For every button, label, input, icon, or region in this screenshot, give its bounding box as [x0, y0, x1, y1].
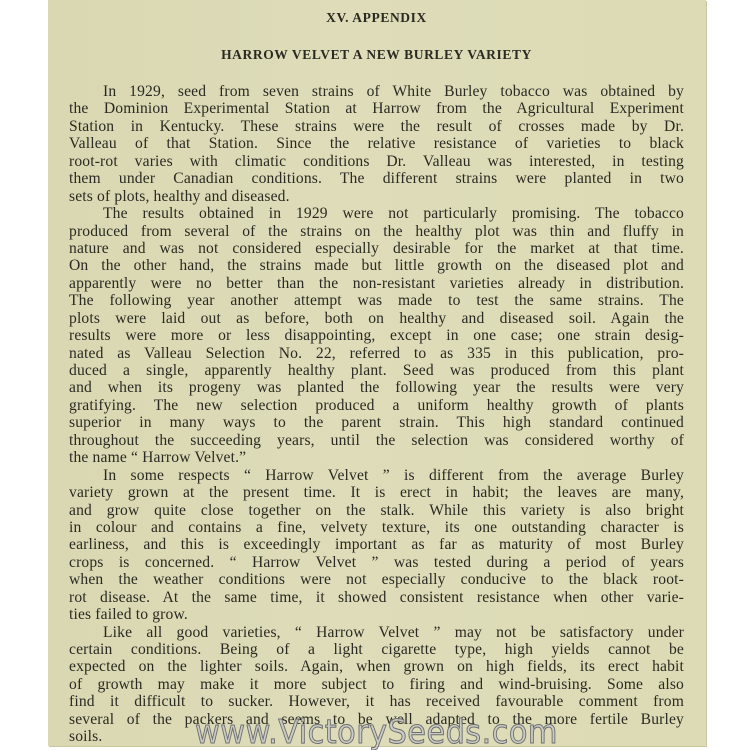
scanned-page: XV. APPENDIX HARROW VELVET A NEW BURLEY …: [48, 0, 706, 746]
text-line: of growth may make it more subject to fi…: [69, 676, 684, 693]
text-line: rot disease. At the same time, it showed…: [69, 589, 684, 606]
text-line: them under Canadian conditions. The diff…: [69, 170, 684, 187]
watermark-text: www.VictorySeeds.com: [195, 712, 558, 750]
text-line: certain conditions. Being of a light cig…: [69, 641, 684, 658]
text-line: earliness, and this is exceedingly impor…: [69, 536, 684, 553]
text-line: Valleau of that Station. Since the relat…: [69, 135, 684, 152]
paragraph: In 1929, seed from seven strains of Whit…: [69, 83, 684, 205]
text-line: root-rot varies with climatic conditions…: [69, 153, 684, 170]
text-line: plots were laid out as before, both on h…: [69, 310, 684, 327]
text-line: when the weather conditions were not esp…: [69, 571, 684, 588]
text-line: sets of plots, healthy and diseased.: [69, 188, 684, 205]
text-line: and when its progeny was planted the fol…: [69, 379, 684, 396]
text-line: produced from several of the strains on …: [69, 223, 684, 240]
text-line: nated as Valleau Selection No. 22, refer…: [69, 345, 684, 362]
paragraph: The results obtained in 1929 were not pa…: [69, 205, 684, 467]
paragraph: In some respects “ Harrow Velvet ” is di…: [69, 467, 684, 624]
text-line: The results obtained in 1929 were not pa…: [69, 205, 684, 222]
text-line: Station in Kentucky. These strains were …: [69, 118, 684, 135]
text-line: The following year another attempt was m…: [69, 292, 684, 309]
chapter-heading: XV. APPENDIX: [69, 10, 684, 32]
text-line: ties failed to grow.: [69, 606, 684, 623]
text-line: expected on the lighter soils. Again, wh…: [69, 658, 684, 675]
text-line: in colour and contains a fine, velvety t…: [69, 519, 684, 536]
text-line: gratifying. The new selection produced a…: [69, 397, 684, 414]
text-line: apparently were no better than the non-r…: [69, 275, 684, 292]
text-line: On the other hand, the strains made but …: [69, 257, 684, 274]
text-line: variety grown at the present time. It is…: [69, 484, 684, 501]
article-title: HARROW VELVET A NEW BURLEY VARIETY: [69, 47, 684, 71]
text-line: find it difficult to sucker. However, it…: [69, 693, 684, 710]
text-line: and grow quite close together on the sta…: [69, 502, 684, 519]
page-content: XV. APPENDIX HARROW VELVET A NEW BURLEY …: [69, 0, 684, 746]
text-line: results were more or less disappointing,…: [69, 327, 684, 344]
text-line: In 1929, seed from seven strains of Whit…: [69, 83, 684, 100]
text-line: nature and was not considered especially…: [69, 240, 684, 257]
text-line: the Dominion Experimental Station at Har…: [69, 100, 684, 117]
text-line: throughout the succeeding years, until t…: [69, 432, 684, 449]
text-line: duced a single, apparently healthy plant…: [69, 362, 684, 379]
text-line: superior in many ways to the parent stra…: [69, 414, 684, 431]
text-line: the name “ Harrow Velvet.”: [69, 449, 684, 466]
text-line: crops is concerned. “ Harrow Velvet ” wa…: [69, 554, 684, 571]
article-body: In 1929, seed from seven strains of Whit…: [69, 83, 684, 746]
text-line: Like all good varieties, “ Harrow Velvet…: [69, 624, 684, 641]
text-line: In some respects “ Harrow Velvet ” is di…: [69, 467, 684, 484]
